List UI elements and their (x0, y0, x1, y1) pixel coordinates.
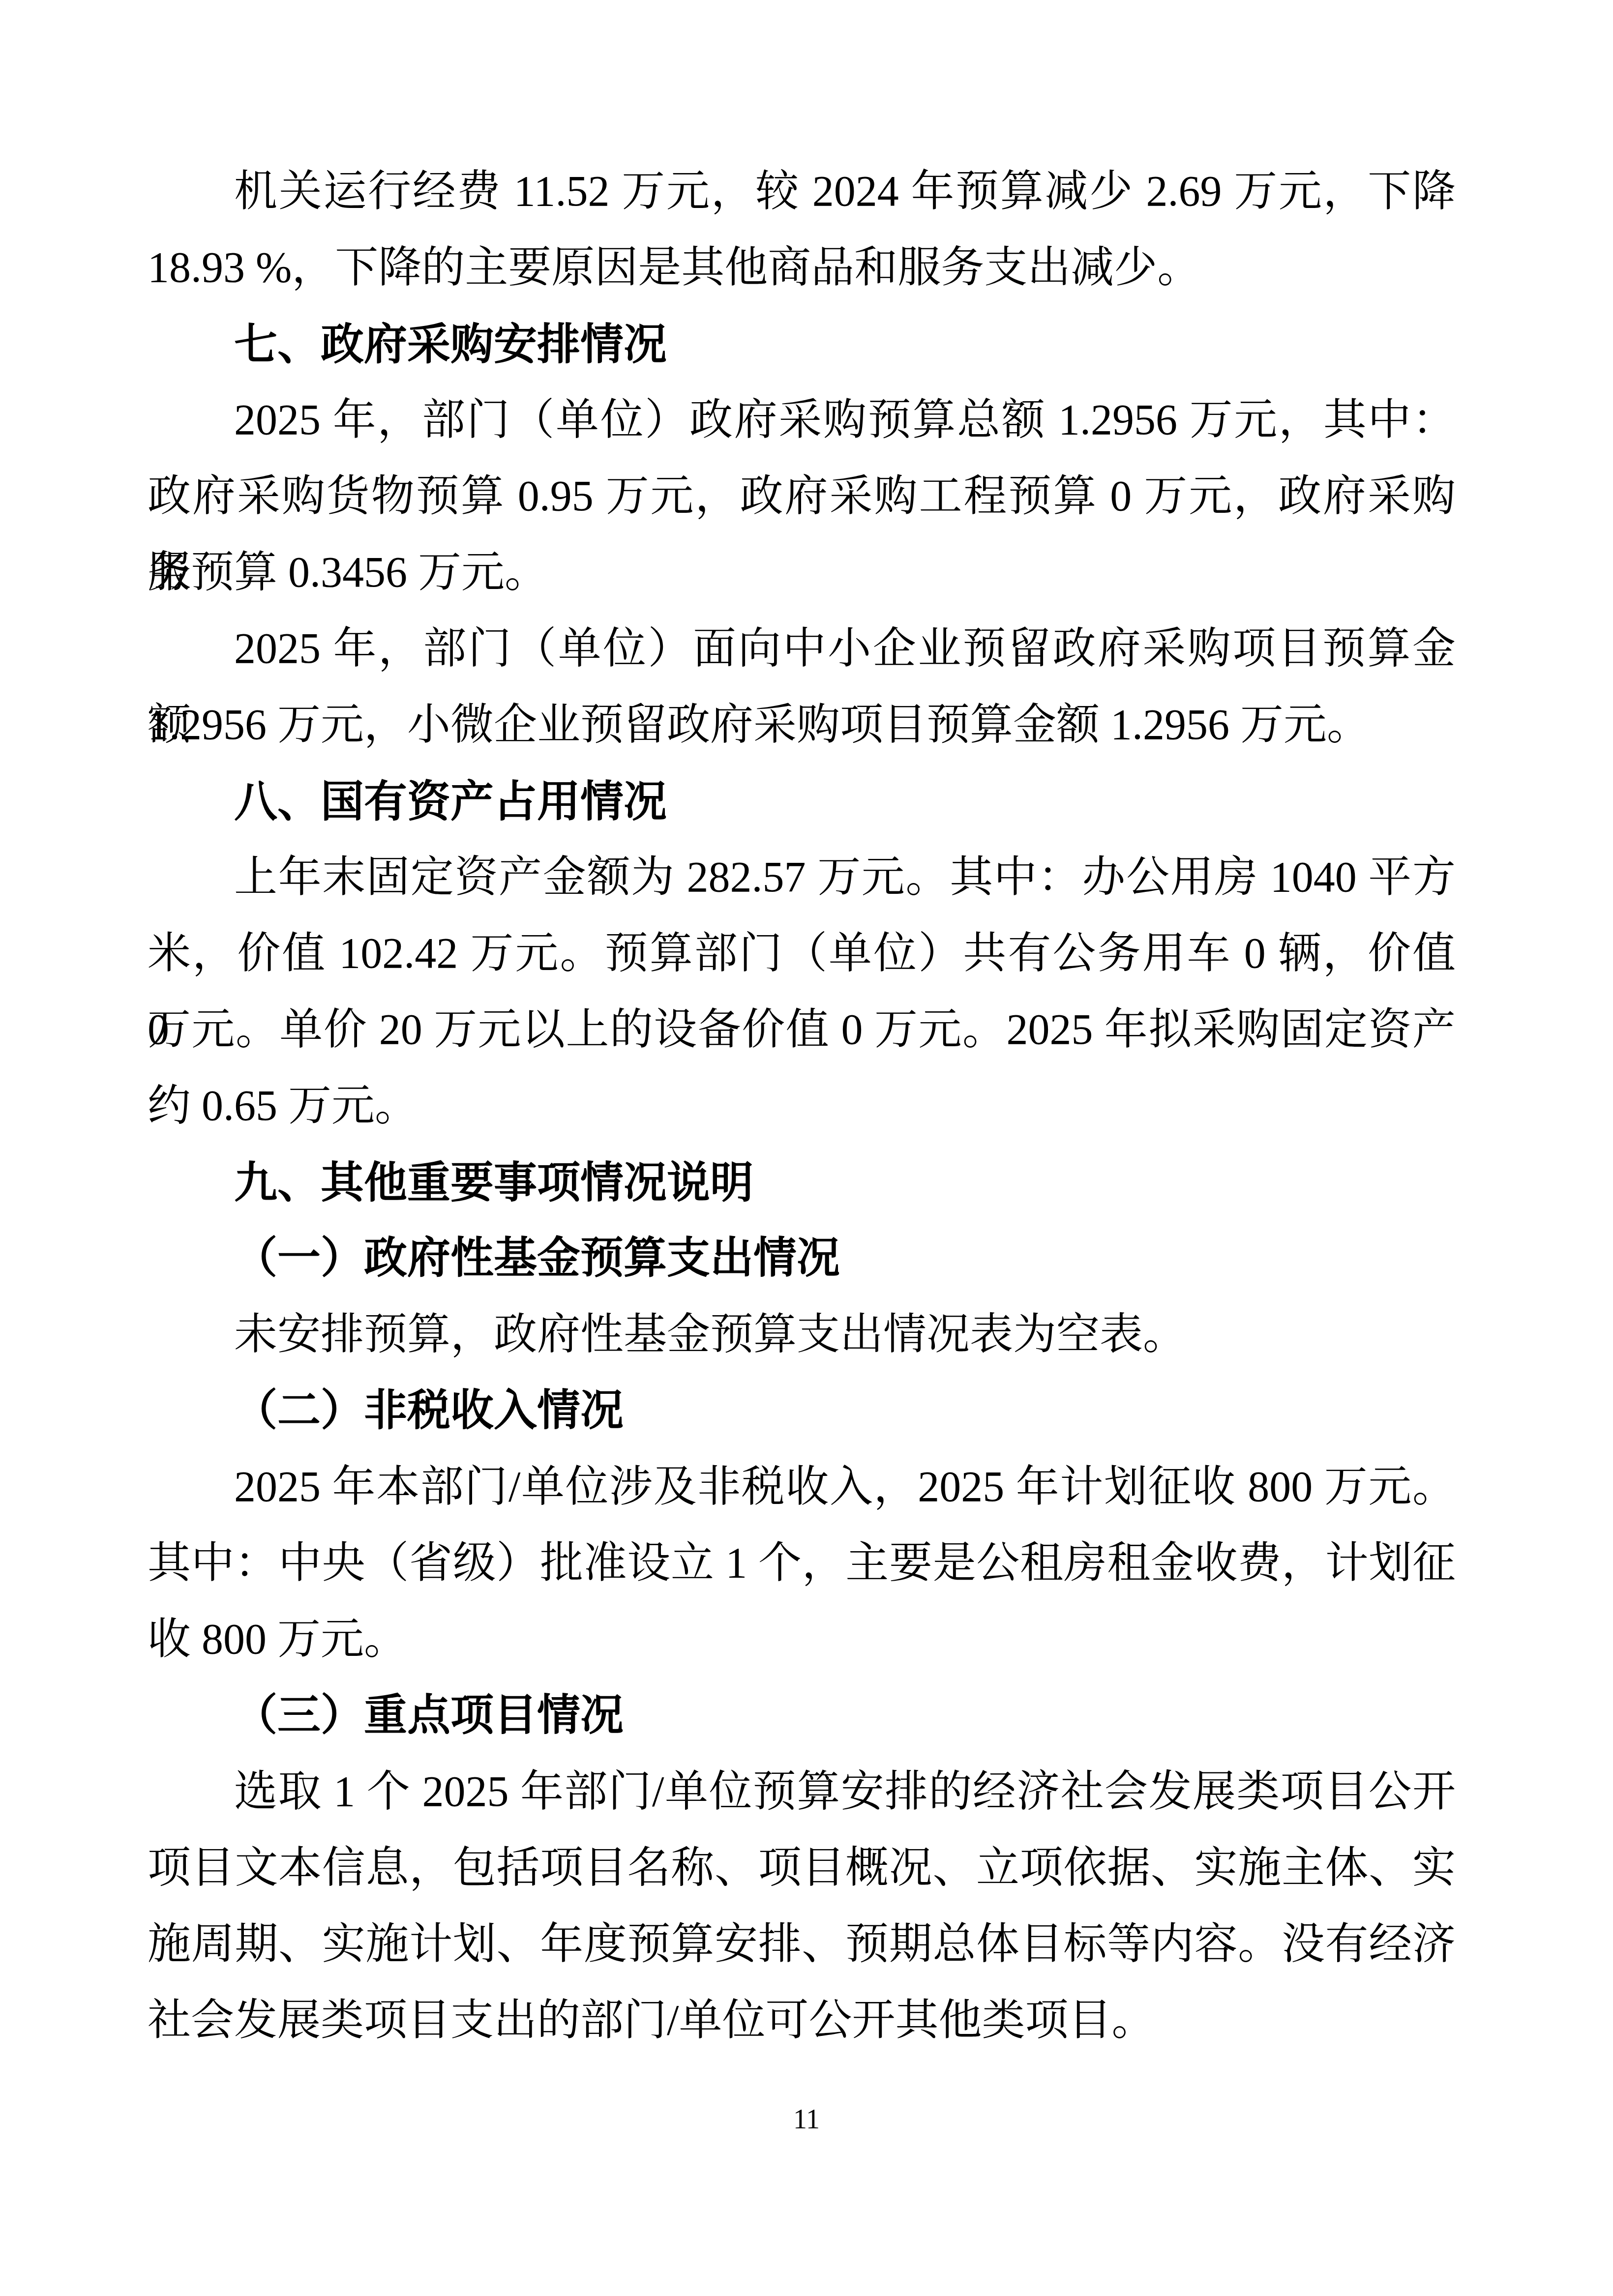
body-text-line: 米，价值 102.42 万元。预算部门（单位）共有公务用车 0 辆，价值 0 (148, 915, 1456, 992)
document-page: 机关运行经费 11.52 万元，较 2024 年预算减少 2.69 万元，下降1… (0, 0, 1613, 2296)
section-heading: 九、其他重要事项情况说明 (148, 1144, 1456, 1220)
body-text-line: 务预算 0.3456 万元。 (148, 534, 1456, 611)
body-text-line: 施周期、实施计划、年度预算安排、预期总体目标等内容。没有经济 (148, 1906, 1456, 1982)
document-content: 机关运行经费 11.52 万元，较 2024 年预算减少 2.69 万元，下降1… (148, 153, 1456, 2059)
section-heading: 八、国有资产占用情况 (148, 763, 1456, 839)
body-text-line: 上年末固定资产金额为 282.57 万元。其中：办公用房 1040 平方 (148, 839, 1456, 915)
page-number: 11 (0, 2103, 1613, 2136)
body-text-line: 2025 年本部门/单位涉及非税收入，2025 年计划征收 800 万元。 (148, 1449, 1456, 1525)
body-text-line: 收 800 万元。 (148, 1601, 1456, 1678)
body-text-line: 项目文本信息，包括项目名称、项目概况、立项依据、实施主体、实 (148, 1830, 1456, 1906)
subsection-heading: （三）重点项目情况 (148, 1678, 1456, 1754)
subsection-heading: （二）非税收入情况 (148, 1373, 1456, 1449)
subsection-heading: （一）政府性基金预算支出情况 (148, 1220, 1456, 1296)
body-text-line: 2025 年，部门（单位）政府采购预算总额 1.2956 万元，其中： (148, 382, 1456, 458)
body-text-line: 1.2956 万元，小微企业预留政府采购项目预算金额 1.2956 万元。 (148, 687, 1456, 763)
body-text-line: 选取 1 个 2025 年部门/单位预算安排的经济社会发展类项目公开 (148, 1754, 1456, 1830)
body-text-line: 政府采购货物预算 0.95 万元，政府采购工程预算 0 万元，政府采购服 (148, 458, 1456, 534)
body-text-line: 约 0.65 万元。 (148, 1068, 1456, 1144)
body-text-line: 社会发展类项目支出的部门/单位可公开其他类项目。 (148, 1982, 1456, 2059)
body-text-line: 18.93 %，下降的主要原因是其他商品和服务支出减少。 (148, 230, 1456, 306)
body-text-line: 2025 年，部门（单位）面向中小企业预留政府采购项目预算金额 (148, 611, 1456, 687)
body-text-line: 机关运行经费 11.52 万元，较 2024 年预算减少 2.69 万元，下降 (148, 153, 1456, 230)
body-text-line: 其中：中央（省级）批准设立 1 个，主要是公租房租金收费，计划征 (148, 1525, 1456, 1601)
section-heading: 七、政府采购安排情况 (148, 306, 1456, 382)
body-text-line: 万元。单价 20 万元以上的设备价值 0 万元。2025 年拟采购固定资产 (148, 992, 1456, 1068)
body-text-line: 未安排预算，政府性基金预算支出情况表为空表。 (148, 1296, 1456, 1373)
